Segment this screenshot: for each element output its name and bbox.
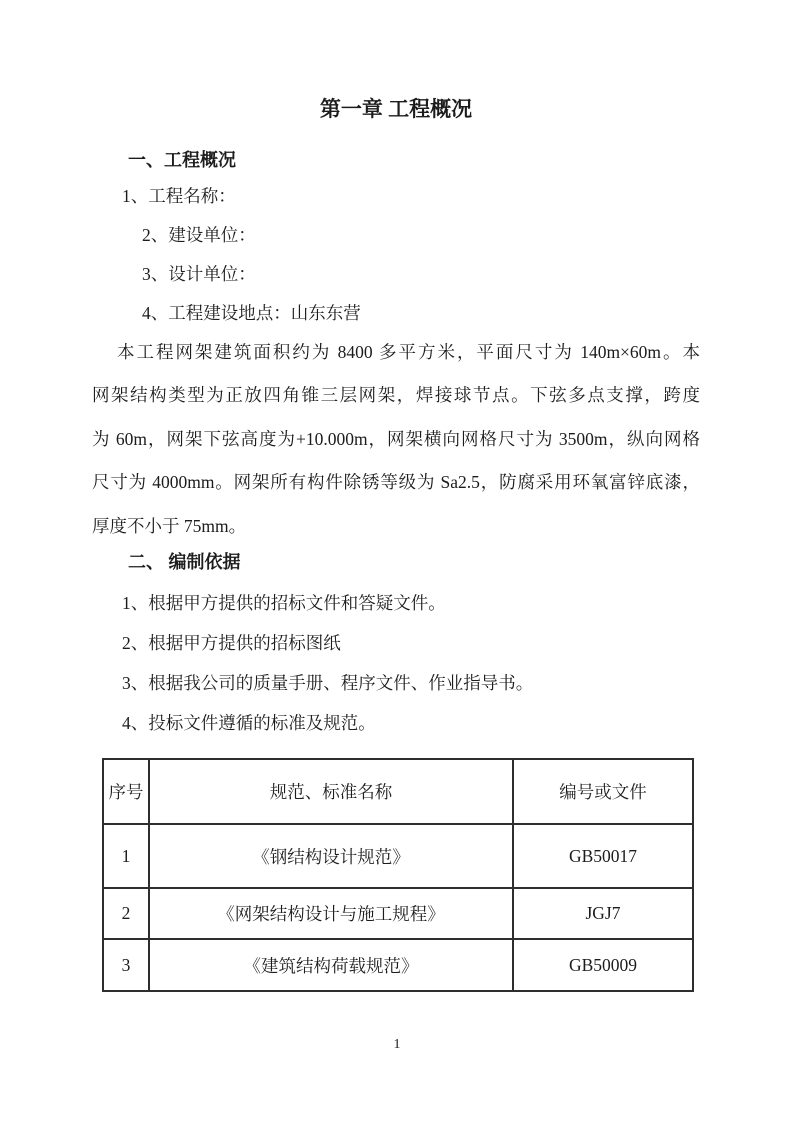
section-heading-basis: 二、 编制依据 (92, 552, 700, 573)
list-item-basis-1: 1、根据甲方提供的招标文件和答疑文件。 (92, 593, 700, 614)
paragraph-line: 厚度不小于 75mm。 (92, 505, 700, 548)
table-header-index: 序号 (103, 759, 149, 824)
table-header-standard-name: 规范、标准名称 (149, 759, 513, 824)
table-cell-standard-name: 《建筑结构荷载规范》 (149, 939, 513, 991)
table-cell-standard-name: 《钢结构设计规范》 (149, 824, 513, 888)
list-item-project-name: 1、工程名称： (92, 186, 700, 207)
section-heading-overview: 一、工程概况 (92, 150, 700, 171)
table-cell-standard-name: 《网架结构设计与施工规程》 (149, 888, 513, 939)
table-header-code: 编号或文件 (513, 759, 693, 824)
list-item-basis-4: 4、投标文件遵循的标准及规范。 (92, 713, 700, 734)
table-header-row: 序号 规范、标准名称 编号或文件 (103, 759, 693, 824)
list-item-design-unit: 3、设计单位： (92, 264, 700, 285)
table-cell-code: GB50009 (513, 939, 693, 991)
table-cell-index: 2 (103, 888, 149, 939)
table-cell-index: 1 (103, 824, 149, 888)
table-row: 3 《建筑结构荷载规范》 GB50009 (103, 939, 693, 991)
standards-table: 序号 规范、标准名称 编号或文件 1 《钢结构设计规范》 GB50017 2 《… (102, 758, 694, 992)
list-item-construction-unit: 2、建设单位： (92, 225, 700, 246)
list-item-location: 4、工程建设地点：山东东营 (92, 303, 700, 324)
page-number: 1 (0, 1036, 794, 1053)
list-item-basis-2: 2、根据甲方提供的招标图纸 (92, 633, 700, 654)
paragraph-line: 为 60m，网架下弦高度为+10.000m，网架横向网格尺寸为 3500m，纵向… (92, 418, 700, 461)
table-cell-code: GB50017 (513, 824, 693, 888)
paragraph-line: 网架结构类型为正放四角锥三层网架，焊接球节点。下弦多点支撑，跨度 (92, 374, 700, 417)
paragraph-line: 本工程网架建筑面积约为 8400 多平方米，平面尺寸为 140m×60m。本 (92, 331, 700, 374)
table-row: 2 《网架结构设计与施工规程》 JGJ7 (103, 888, 693, 939)
document-page: 第一章 工程概况 一、工程概况 1、工程名称： 2、建设单位： 3、设计单位： … (0, 0, 794, 1123)
paragraph-line: 尺寸为 4000mm。网架所有构件除锈等级为 Sa2.5，防腐采用环氧富锌底漆， (92, 461, 700, 504)
table-cell-index: 3 (103, 939, 149, 991)
chapter-title: 第一章 工程概况 (92, 96, 700, 123)
list-item-basis-3: 3、根据我公司的质量手册、程序文件、作业指导书。 (92, 673, 700, 694)
table-row: 1 《钢结构设计规范》 GB50017 (103, 824, 693, 888)
table-cell-code: JGJ7 (513, 888, 693, 939)
overview-paragraph: 本工程网架建筑面积约为 8400 多平方米，平面尺寸为 140m×60m。本 网… (92, 331, 700, 548)
